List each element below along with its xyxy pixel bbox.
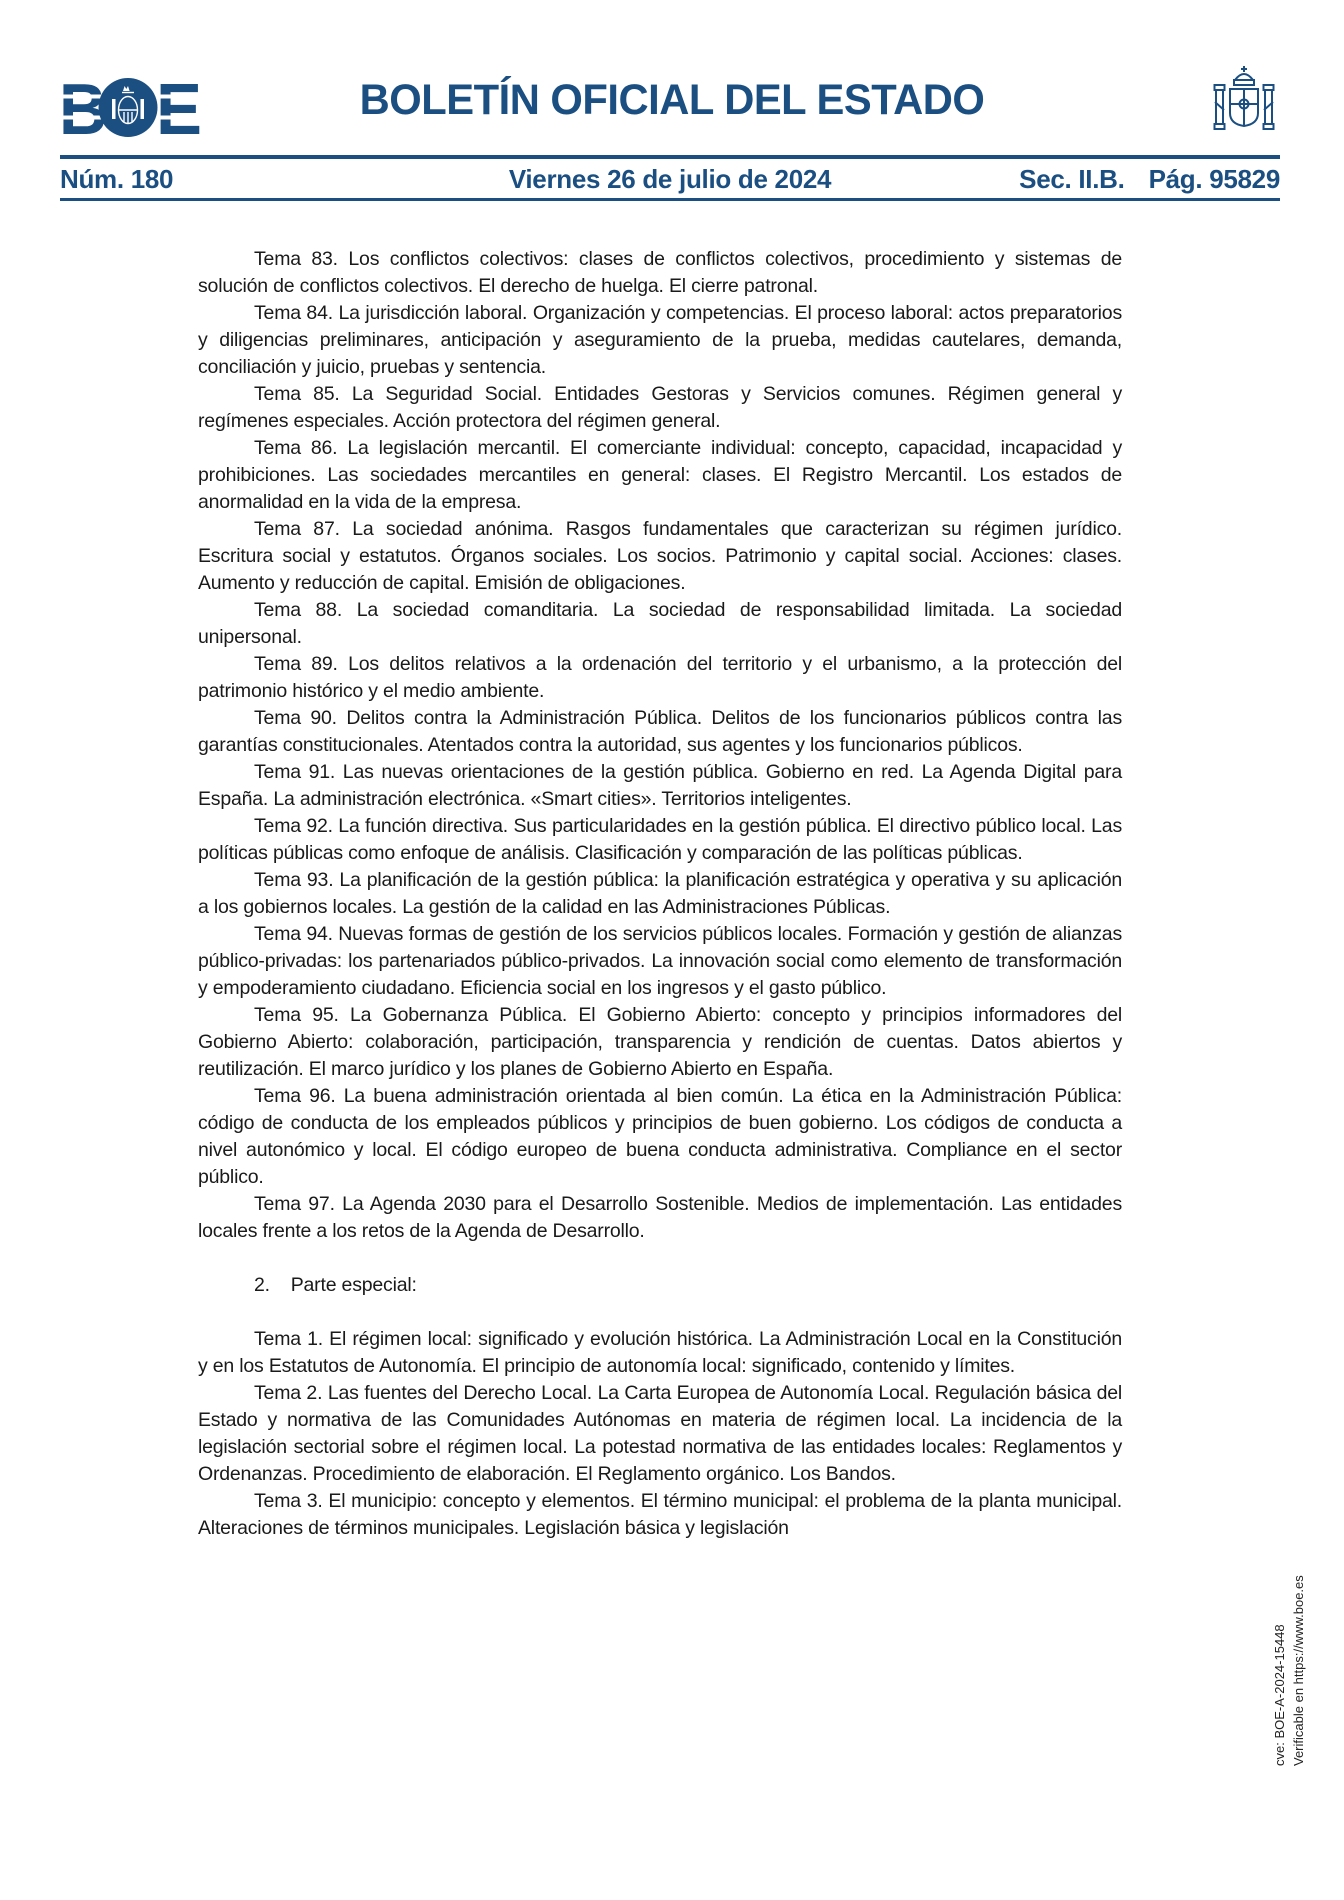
paragraph-tema-90: Tema 90. Delitos contra la Administració… [198, 705, 1122, 759]
paragraph-tema-89: Tema 89. Los delitos relativos a la orde… [198, 651, 1122, 705]
paragraph-tema-87: Tema 87. La sociedad anónima. Rasgos fun… [198, 516, 1122, 597]
header-rule-top [60, 155, 1280, 159]
paragraph-tema-86: Tema 86. La legislación mercantil. El co… [198, 435, 1122, 516]
paragraph-tema-91: Tema 91. Las nuevas orientaciones de la … [198, 759, 1122, 813]
section-heading-parte-especial: 2. Parte especial: [198, 1272, 1122, 1299]
verification-url: Verificable en https://www.boe.es [1289, 1516, 1308, 1766]
cve-code: cve: BOE-A-2024-15448 [1270, 1516, 1289, 1766]
section-label: Sec. II.B. [1019, 164, 1124, 195]
paragraph-tema-3: Tema 3. El municipio: concepto y element… [198, 1488, 1122, 1542]
paragraph-tema-94: Tema 94. Nuevas formas de gestión de los… [198, 921, 1122, 1002]
paragraph-tema-95: Tema 95. La Gobernanza Pública. El Gobie… [198, 1002, 1122, 1083]
paragraph-tema-88: Tema 88. La sociedad comanditaria. La so… [198, 597, 1122, 651]
paragraph-tema-83: Tema 83. Los conflictos colectivos: clas… [198, 246, 1122, 300]
header-rule-bottom [60, 198, 1280, 201]
document-body: Tema 83. Los conflictos colectivos: clas… [198, 246, 1122, 1542]
paragraph-tema-1: Tema 1. El régimen local: significado y … [198, 1326, 1122, 1380]
coat-of-arms-graphic [1213, 64, 1275, 148]
paragraph-tema-92: Tema 92. La función directiva. Sus parti… [198, 813, 1122, 867]
cve-sidebar-text: cve: BOE-A-2024-15448 Verificable en htt… [1270, 1516, 1308, 1766]
paragraph-tema-96: Tema 96. La buena administración orienta… [198, 1083, 1122, 1191]
page-number: Pág. 95829 [1149, 164, 1280, 195]
paragraph-tema-93: Tema 93. La planificación de la gestión … [198, 867, 1122, 921]
paragraph-tema-85: Tema 85. La Seguridad Social. Entidades … [198, 381, 1122, 435]
section-page-group: Sec. II.B. Pág. 95829 [1019, 164, 1280, 195]
document-title: BOLETÍN OFICIAL DEL ESTADO [20, 76, 1324, 125]
paragraph-tema-84: Tema 84. La jurisdicción laboral. Organi… [198, 300, 1122, 381]
boe-document-page: { "colors": { "navy": "#1b4f82" }, "head… [0, 0, 1344, 1900]
paragraph-tema-2: Tema 2. Las fuentes del Derecho Local. L… [198, 1380, 1122, 1488]
header-meta-row: Núm. 180 Viernes 26 de julio de 2024 Sec… [60, 164, 1280, 194]
spain-coat-of-arms-icon [1213, 64, 1275, 148]
cve-sidebar: cve: BOE-A-2024-15448 Verificable en htt… [1270, 1516, 1316, 1766]
paragraph-tema-97: Tema 97. La Agenda 2030 para el Desarrol… [198, 1191, 1122, 1245]
